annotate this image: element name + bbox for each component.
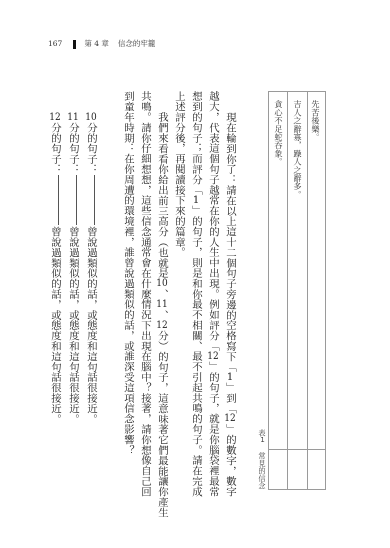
fill-in-blank[interactable]: [58, 175, 59, 225]
paragraph-line: 上述評分後，再閱讀接下來的篇章。: [170, 91, 187, 503]
paragraph-line: 想到的句子；而評分「1」的句子，則是和你最不相關、最不引起共鳴的句子。請在完成: [187, 91, 204, 503]
score-label: 12分的句子：: [49, 112, 61, 174]
score-suffix: 曾說過類似的話，或態度和這句話很接近。: [85, 226, 97, 424]
score-line-10: 10分的句子：曾說過類似的話，或態度和這句話很接近。: [82, 91, 100, 431]
score-label: 10分的句子：: [85, 112, 97, 174]
table-row: 吉人之辭寡，躁人之辭多。: [287, 92, 308, 489]
table-score-divider: [269, 449, 325, 450]
table-caption-label: 表1: [258, 429, 267, 443]
score-suffix: 曾說過類似的話，或態度和這句話很接近。: [67, 226, 79, 424]
table-row: 貪心不足蛇吞象。: [269, 92, 288, 489]
paragraph-line: 我們來看看你給出前三高分（也就是10、11、12分）的句子，這意味著它們最能讓你…: [153, 91, 170, 503]
belief-table: 先苦後樂。 吉人之辭寡，躁人之辭多。 貪心不足蛇吞象。: [268, 91, 326, 490]
header-bar-marker: [73, 40, 76, 49]
score-worksheet: 10分的句子：曾說過類似的話，或態度和這句話很接近。 11分的句子：曾說過類似的…: [46, 91, 100, 431]
score-line-11: 11分的句子：曾說過類似的話，或態度和這句話很接近。: [64, 91, 82, 431]
fill-in-blank[interactable]: [94, 175, 95, 225]
chapter-number: 第 4 章: [84, 39, 109, 49]
belief-text: 貪心不足蛇吞象。: [269, 100, 288, 166]
paragraph-line: 到童年時期：在你周遭的環境裡，誰曾說過類似的話，或誰深受這項信念影響？: [119, 91, 136, 503]
score-suffix: 曾說過類似的話，或態度和這句話很接近。: [49, 226, 61, 424]
belief-text: 先苦後樂。: [306, 100, 325, 141]
paragraph-line: 越大，代表這個句子越常在你的人生中出現。例如評分「12」的句子，就是你腦袋裡最常: [204, 91, 221, 503]
chapter-title: 信念的牢籠: [118, 39, 156, 49]
table-row: 先苦後樂。: [306, 92, 325, 489]
belief-text: 吉人之辭寡，躁人之辭多。: [288, 100, 307, 198]
fill-in-blank[interactable]: [76, 175, 77, 225]
score-line-12: 12分的句子：曾說過類似的話，或態度和這句話很接近。: [46, 91, 64, 431]
body-text: 現在輪到你了：請在以上這十二個句子旁邊的空格寫下「1」到「12」的數字，數字 越…: [118, 91, 238, 503]
paragraph-line: 現在輪到你了：請在以上這十二個句子旁邊的空格寫下「1」到「12」的數字，數字: [221, 91, 238, 503]
book-page: 167 第 4 章 信念的牢籠 先苦後樂。 吉人之辭寡，躁人之辭多。 貪心不足蛇…: [0, 0, 390, 548]
page-number: 167: [48, 39, 62, 49]
running-header: 167 第 4 章 信念的牢籠: [48, 39, 155, 49]
table-caption-title: 常見的信念: [258, 452, 267, 490]
paragraph-line: 共鳴。請你仔細想想，這些信念通常會在什麼情況下出現在腦中？接著，請你想像自己回: [136, 91, 153, 503]
score-label: 11分的句子：: [67, 112, 79, 174]
